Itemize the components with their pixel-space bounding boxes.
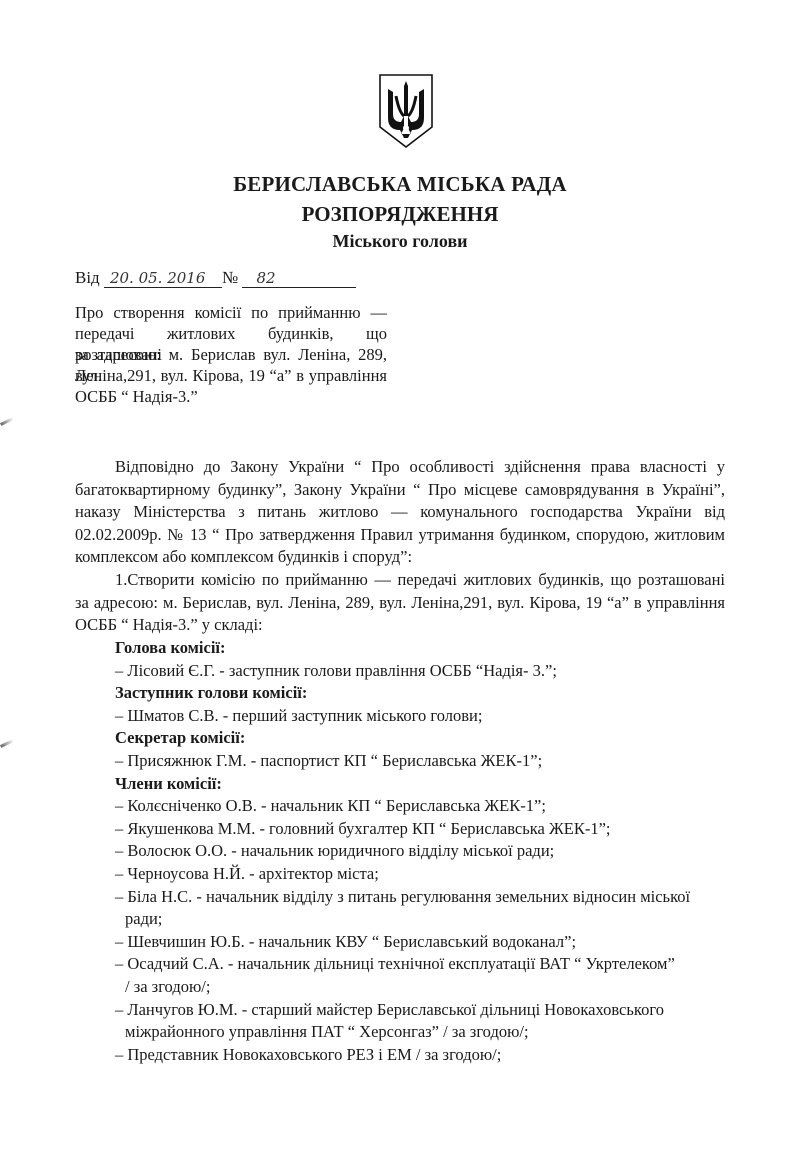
- commission-head: – Лісовий Є.Г. - заступник голови правлі…: [75, 660, 725, 683]
- date-number-line: Від 20. 05. 2016№ 82: [75, 268, 356, 288]
- scan-margin-mark: [0, 417, 14, 426]
- preamble-line: Відповідно до Закону України “ Про особл…: [75, 456, 725, 479]
- subject-line: передачі житлових будинків, що розташова…: [75, 323, 387, 344]
- council-title: БЕРИСЛАВСЬКА МІСЬКА РАДА: [0, 172, 800, 197]
- member-item-continuation: міжрайонного управління ПАТ “ Херсонгаз”…: [75, 1021, 725, 1044]
- preamble-line: наказу Міністерства з питань житлово — к…: [75, 501, 725, 524]
- commission-list: Голова комісії: – Лісовий Є.Г. - заступн…: [75, 637, 725, 1066]
- subject-line: Леніна,291, вул. Кірова, 19 “а” в управл…: [75, 365, 387, 386]
- secretary-label: Секретар комісії:: [75, 727, 725, 750]
- member-item: – Колєсніченко О.В. - начальник КП “ Бер…: [75, 795, 725, 818]
- member-item-continuation: / за згодою/;: [75, 976, 725, 999]
- member-item: – Якушенкова М.М. - головний бухгалтер К…: [75, 818, 725, 841]
- preamble-line: багатоквартирному будинку”, Закону Украї…: [75, 479, 725, 502]
- preamble-line: комплексом або комплексом будинків і спо…: [75, 546, 725, 569]
- number-label: №: [222, 268, 238, 287]
- head-label: Голова комісії:: [75, 637, 725, 660]
- scan-margin-mark: [0, 739, 14, 748]
- subject-line: ОСББ “ Надія-3.”: [75, 386, 387, 407]
- document-issuer: Міського голови: [0, 231, 800, 252]
- member-item: – Шевчишин Ю.Б. - начальник КВУ “ Берисл…: [75, 931, 725, 954]
- member-item: – Біла Н.С. - начальник відділу з питань…: [75, 886, 725, 909]
- member-item-continuation: ради;: [75, 908, 725, 931]
- handwritten-date: 20. 05. 2016: [104, 269, 222, 288]
- member-item: – Ланчугов Ю.М. - старший майстер Берисл…: [75, 999, 725, 1022]
- tryzub-emblem-icon: [377, 72, 435, 150]
- document-type: РОЗПОРЯДЖЕННЯ: [0, 202, 800, 227]
- handwritten-number: 82: [242, 269, 356, 288]
- preamble-paragraph: Відповідно до Закону України “ Про особл…: [75, 456, 725, 569]
- member-item: – Черноусова Н.Й. - архітектор міста;: [75, 863, 725, 886]
- member-item: – Волосюк О.О. - начальник юридичного ві…: [75, 840, 725, 863]
- member-item: – Осадчий С.А. - начальник дільниці техн…: [75, 953, 725, 976]
- commission-secretary: – Присяжнюк Г.М. - паспортист КП “ Берис…: [75, 750, 725, 773]
- point-1-line: за адресою: м. Берислав, вул. Леніна, 28…: [75, 592, 725, 615]
- members-label: Члени комісії:: [75, 773, 725, 796]
- member-item: – Представник Новокаховського РЕЗ і ЕМ /…: [75, 1044, 725, 1067]
- point-1-paragraph: 1.Створити комісію по прийманню — переда…: [75, 569, 725, 637]
- point-1-line: 1.Створити комісію по прийманню — переда…: [75, 569, 725, 592]
- subject-block: Про створення комісії по прийманню — пер…: [75, 302, 387, 407]
- subject-line: за адресою: м. Берислав вул. Леніна, 289…: [75, 344, 387, 365]
- preamble-line: 02.02.2009р. № 13 “ Про затвердження Пра…: [75, 524, 725, 547]
- commission-deputy: – Шматов С.В. - перший заступник міськог…: [75, 705, 725, 728]
- deputy-label: Заступник голови комісії:: [75, 682, 725, 705]
- from-label: Від: [75, 268, 100, 287]
- subject-line: Про створення комісії по прийманню —: [75, 302, 387, 323]
- point-1-line: ОСББ “ Надія-3.” у складі:: [75, 614, 725, 637]
